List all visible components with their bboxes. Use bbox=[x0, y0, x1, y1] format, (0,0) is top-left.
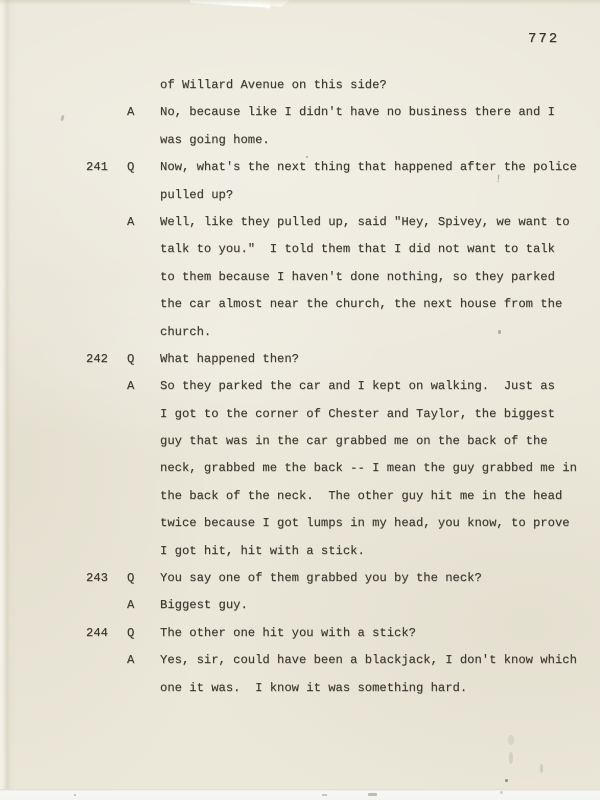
transcript-line: neck, grabbed me the back -- I mean the … bbox=[0, 455, 600, 482]
transcript-line: of Willard Avenue on this side? bbox=[0, 72, 600, 99]
scanner-edge-mark bbox=[74, 794, 76, 796]
speaker-marker: A bbox=[127, 209, 134, 236]
scanner-edge-mark bbox=[322, 794, 327, 796]
scanner-edge-mark bbox=[368, 793, 377, 796]
line-text: Now, what's the next thing that happened… bbox=[160, 154, 577, 181]
paper-speck bbox=[498, 330, 501, 334]
line-text: neck, grabbed me the back -- I mean the … bbox=[160, 455, 577, 482]
line-text: the back of the neck. The other guy hit … bbox=[160, 483, 562, 510]
speaker-marker: A bbox=[127, 592, 134, 619]
question-number: 244 bbox=[86, 620, 108, 647]
transcript-line: the car almost near the church, the next… bbox=[0, 291, 600, 318]
line-text: The other one hit you with a stick? bbox=[160, 620, 416, 647]
speaker-marker: Q bbox=[127, 565, 134, 592]
transcript-line: A Yes, sir, could have been a blackjack,… bbox=[0, 647, 600, 674]
scanner-edge-mark bbox=[500, 791, 503, 794]
scanned-transcript-page: 772 of Willard Avenue on this side? A No… bbox=[0, 0, 600, 800]
speaker-marker: Q bbox=[127, 154, 134, 181]
question-number: 242 bbox=[86, 346, 108, 373]
transcript-line: 242 Q What happened then? bbox=[0, 346, 600, 373]
question-number: 243 bbox=[86, 565, 108, 592]
line-text: Yes, sir, could have been a blackjack, I… bbox=[160, 647, 577, 674]
paper-speck bbox=[505, 779, 508, 782]
line-text: was going home. bbox=[160, 127, 270, 154]
transcript-line: I got to the corner of Chester and Taylo… bbox=[0, 401, 600, 428]
transcript-line: was going home. bbox=[0, 127, 600, 154]
line-text: Well, like they pulled up, said "Hey, Sp… bbox=[160, 209, 570, 236]
speaker-marker: A bbox=[127, 99, 134, 126]
line-text: I got to the corner of Chester and Taylo… bbox=[160, 401, 555, 428]
paper-speck bbox=[509, 752, 513, 764]
transcript-line: one it was. I know it was something hard… bbox=[0, 675, 600, 702]
scanner-bed-edge bbox=[0, 789, 600, 800]
speaker-marker: Q bbox=[127, 346, 134, 373]
line-text: You say one of them grabbed you by the n… bbox=[160, 565, 482, 592]
paper-speck bbox=[306, 156, 308, 158]
transcript-line: 241 Q Now, what's the next thing that ha… bbox=[0, 154, 600, 181]
transcript-line: A Well, like they pulled up, said "Hey, … bbox=[0, 209, 600, 236]
transcript-line: church. bbox=[0, 319, 600, 346]
line-text: twice because I got lumps in my head, yo… bbox=[160, 510, 570, 537]
ink-smudge-mark: ! bbox=[494, 174, 502, 187]
transcript-body: of Willard Avenue on this side? A No, be… bbox=[0, 72, 600, 702]
question-number: 241 bbox=[86, 154, 108, 181]
transcript-line: the back of the neck. The other guy hit … bbox=[0, 483, 600, 510]
transcript-line: A No, because like I didn't have no busi… bbox=[0, 99, 600, 126]
line-text: of Willard Avenue on this side? bbox=[160, 72, 387, 99]
transcript-line: pulled up? bbox=[0, 182, 600, 209]
transcript-line: I got hit, hit with a stick. bbox=[0, 538, 600, 565]
line-text: No, because like I didn't have no busine… bbox=[160, 99, 555, 126]
line-text: So they parked the car and I kept on wal… bbox=[160, 373, 555, 400]
transcript-line: talk to you." I told them that I did not… bbox=[0, 236, 600, 263]
line-text: I got hit, hit with a stick. bbox=[160, 538, 365, 565]
transcript-line: twice because I got lumps in my head, yo… bbox=[0, 510, 600, 537]
line-text: Biggest guy. bbox=[160, 592, 248, 619]
line-text: one it was. I know it was something hard… bbox=[160, 675, 467, 702]
transcript-line: 244 Q The other one hit you with a stick… bbox=[0, 620, 600, 647]
transcript-line: to them because I haven't done nothing, … bbox=[0, 264, 600, 291]
transcript-line: A Biggest guy. bbox=[0, 592, 600, 619]
line-text: church. bbox=[160, 319, 211, 346]
transcript-line: 243 Q You say one of them grabbed you by… bbox=[0, 565, 600, 592]
line-text: talk to you." I told them that I did not… bbox=[160, 236, 555, 263]
transcript-line: guy that was in the car grabbed me on th… bbox=[0, 428, 600, 455]
line-text: to them because I haven't done nothing, … bbox=[160, 264, 555, 291]
line-text: the car almost near the church, the next… bbox=[160, 291, 562, 318]
line-text: pulled up? bbox=[160, 182, 233, 209]
speaker-marker: A bbox=[127, 647, 134, 674]
transcript-line: A So they parked the car and I kept on w… bbox=[0, 373, 600, 400]
paper-speck bbox=[540, 764, 543, 773]
paper-speck bbox=[508, 735, 514, 745]
page-number: 772 bbox=[528, 31, 559, 47]
line-text: What happened then? bbox=[160, 346, 299, 373]
tape-fragment bbox=[190, 0, 270, 10]
speaker-marker: A bbox=[127, 373, 134, 400]
speaker-marker: Q bbox=[127, 620, 134, 647]
line-text: guy that was in the car grabbed me on th… bbox=[160, 428, 548, 455]
